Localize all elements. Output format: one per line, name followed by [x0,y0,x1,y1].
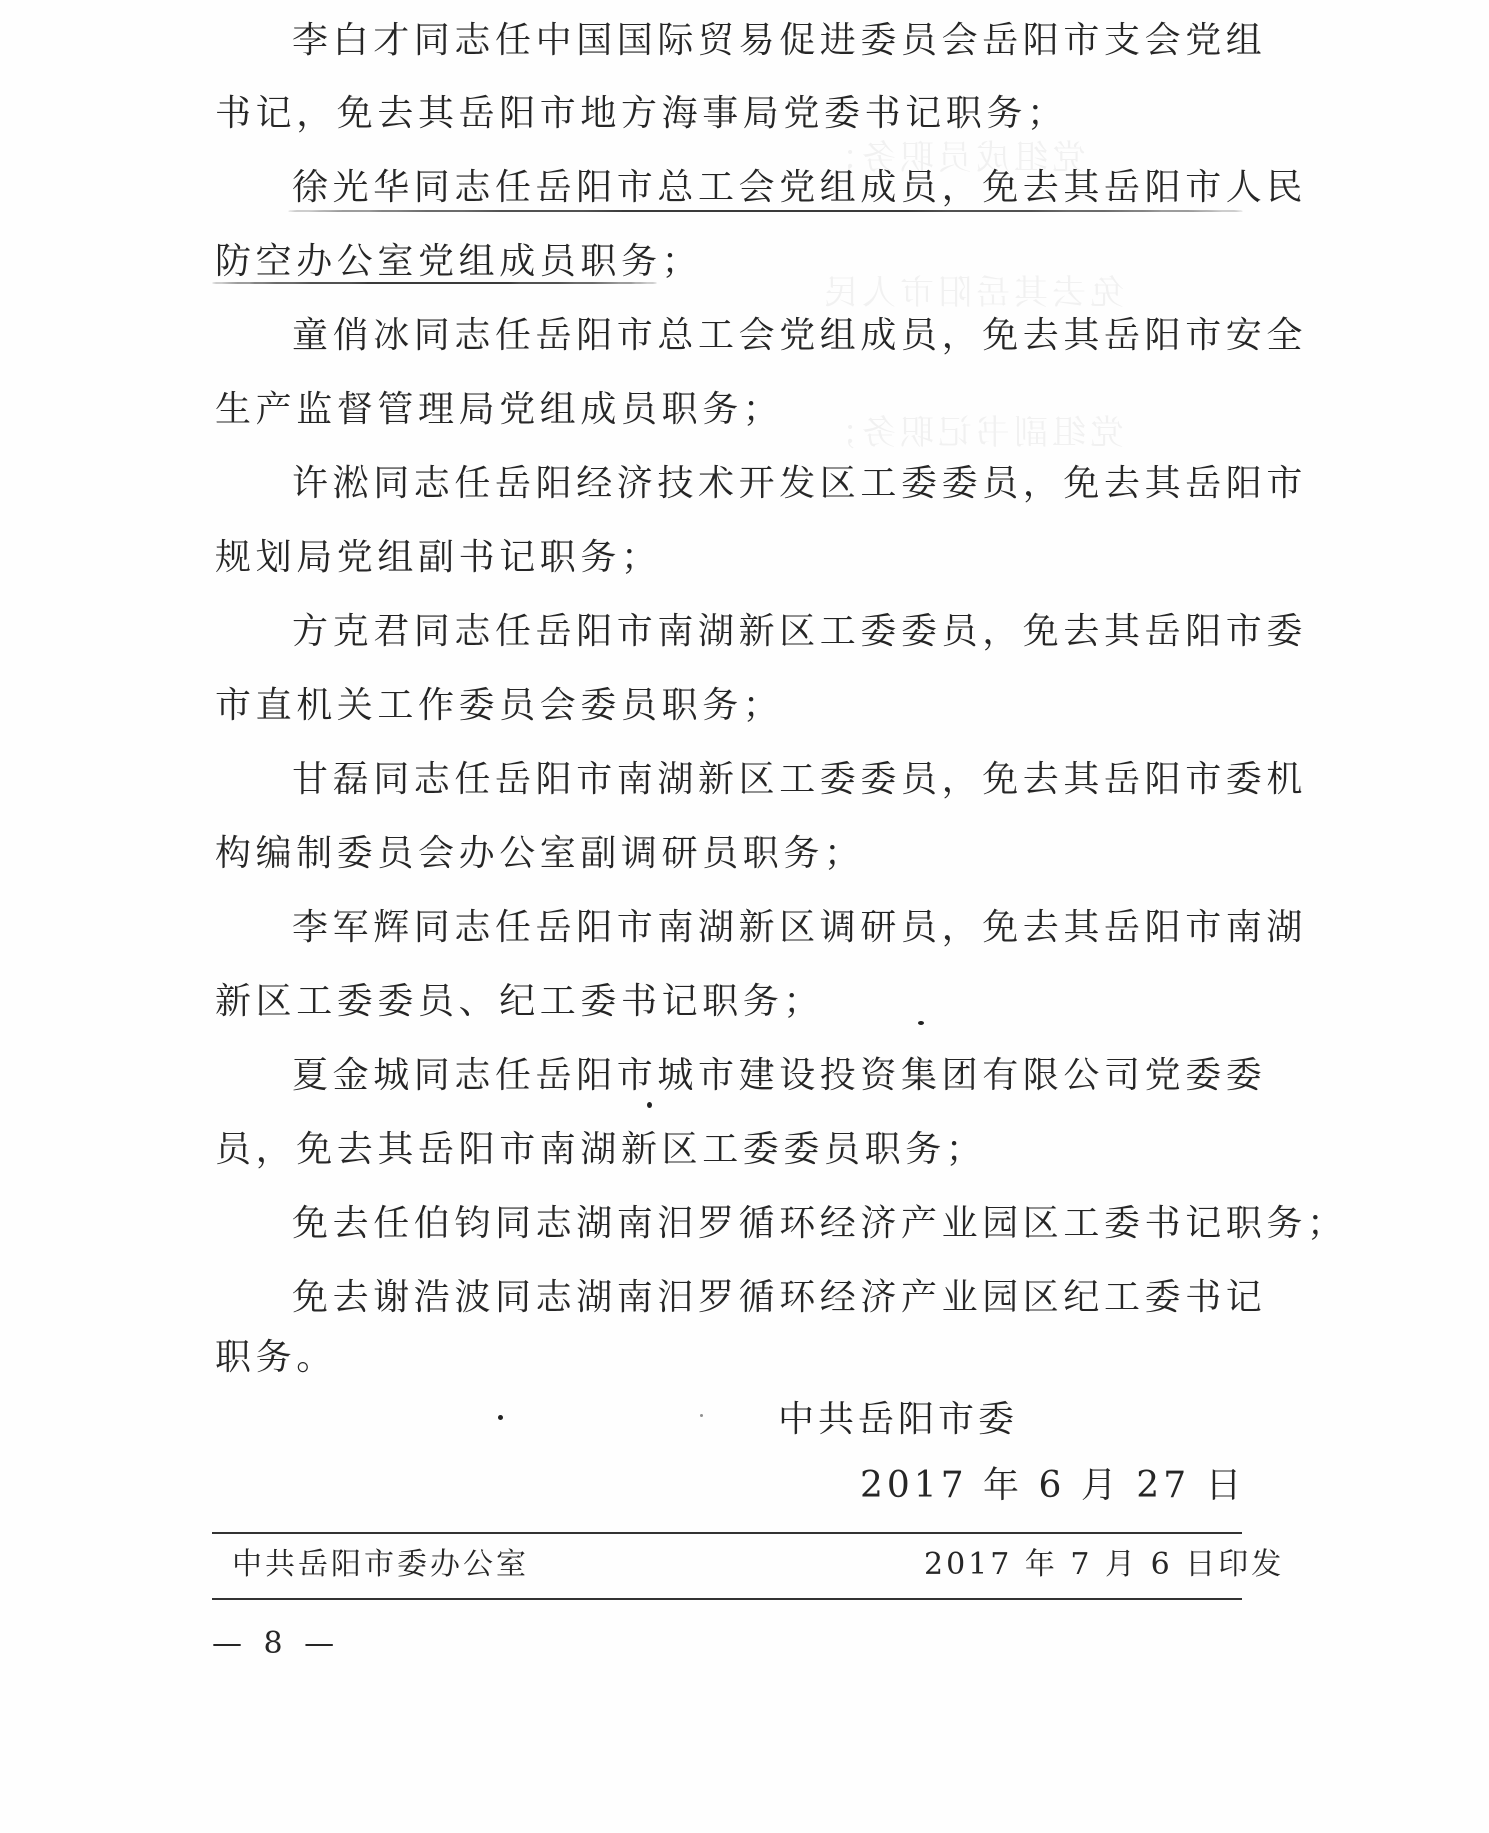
body-line: 免去谢浩波同志湖南汨罗循环经济产业园区纪工委书记 [292,1276,1252,1320]
handwritten-underline [212,282,657,284]
body-line: 方克君同志任岳阳市南湖新区工委委员，免去其岳阳市委 [292,610,1252,654]
body-line: 员，免去其岳阳市南湖新区工委委员职务； [215,1128,1245,1172]
body-line: 市直机关工作委员会委员职务； [215,684,1245,728]
body-line: 许淞同志任岳阳经济技术开发区工委委员，免去其岳阳市 [292,462,1252,506]
body-line-underlined: 防空办公室党组成员职务； [215,240,1245,284]
page-number: — 8 — [212,1625,340,1663]
body-line: 免去任伯钧同志湖南汨罗循环经济产业园区工委书记职务； [292,1202,1252,1246]
body-line: 童俏冰同志任岳阳市总工会党组成员，免去其岳阳市安全 [292,314,1252,358]
scan-speck [918,1021,924,1025]
print-date: 2017 年 7 月 6 日印发 [924,1546,1284,1584]
body-line: 夏金城同志任岳阳市城市建设投资集团有限公司党委委 [292,1054,1252,1098]
body-line: 构编制委员会办公室副调研员职务； [215,832,1245,876]
body-line: 生产监督管理局党组成员职务； [215,388,1245,432]
scan-speck [647,1102,652,1108]
body-line-underlined: 徐光华同志任岳阳市总工会党组成员，免去其岳阳市人民 [292,166,1252,210]
issue-date: 2017 年 6 月 27 日 [860,1464,1246,1508]
body-line: 职务。 [215,1336,1245,1380]
document-page: 党组成员职务； 免去其岳阳市人民 党组副书记职务； 李白才同志任中国国际贸易促进… [0,0,1489,1833]
scan-speck [498,1415,503,1420]
body-line: 李军辉同志任岳阳市南湖新区调研员，免去其岳阳市南湖 [292,906,1252,950]
body-line: 李白才同志任中国国际贸易促进委员会岳阳市支会党组 [292,19,1252,63]
footer-bottom-rule [212,1598,1242,1600]
footer-top-rule [212,1532,1242,1534]
issuer-signature: 中共岳阳市委 [778,1398,1018,1442]
scan-speck [700,1414,703,1417]
body-line: 甘磊同志任岳阳市南湖新区工委委员，免去其岳阳市委机 [292,758,1252,802]
body-line: 新区工委委员、纪工委书记职务； [215,980,1245,1024]
body-line: 书记，免去其岳阳市地方海事局党委书记职务； [215,92,1245,136]
body-line: 规划局党组副书记职务； [215,536,1245,580]
issuing-office: 中共岳阳市委办公室 [232,1546,529,1584]
handwritten-underline [288,210,1243,212]
